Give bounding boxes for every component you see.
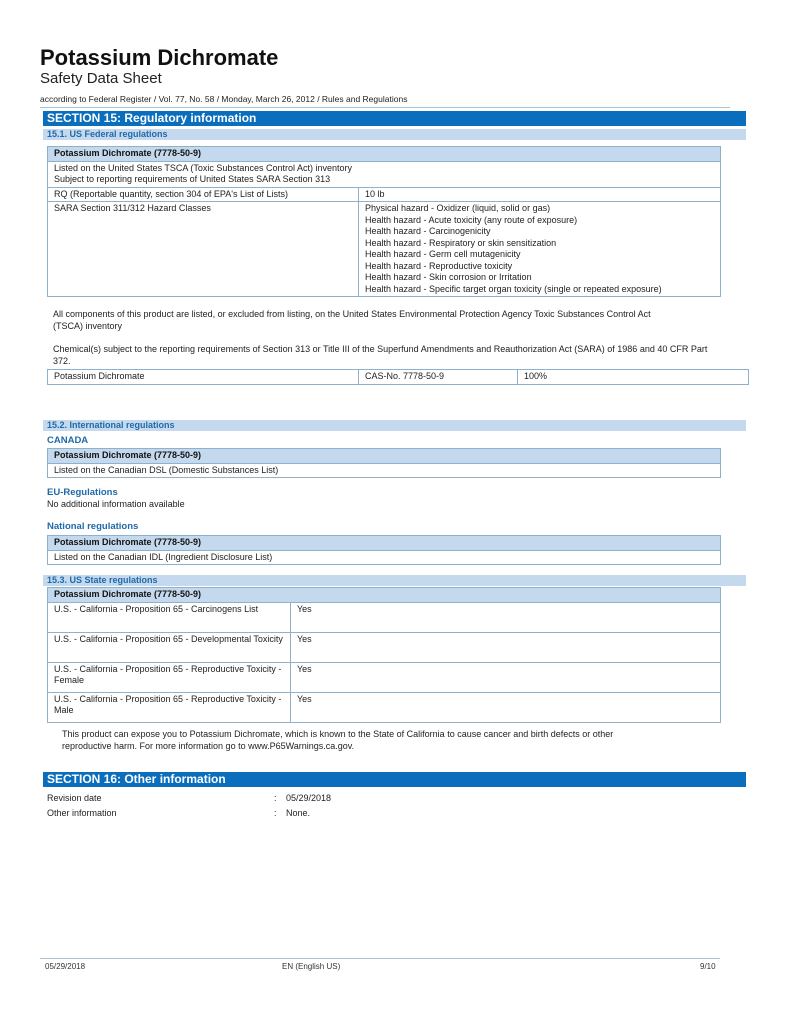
document-subtitle: Safety Data Sheet <box>40 70 162 87</box>
subsection-15-1-header: 15.1. US Federal regulations <box>43 129 746 140</box>
regulation-reference: according to Federal Register / Vol. 77,… <box>40 94 407 104</box>
hazard-class: Health hazard - Respiratory or skin sens… <box>365 238 714 250</box>
state-row-value: Yes <box>291 662 721 692</box>
revision-date-value: 05/29/2018 <box>286 793 331 805</box>
listing-line: Listed on the United States TSCA (Toxic … <box>54 163 714 175</box>
listing-cell: Listed on the United States TSCA (Toxic … <box>48 161 721 187</box>
sara-label: SARA Section 311/312 Hazard Classes <box>48 202 359 297</box>
state-regulations-table: Potassium Dichromate (7778-50-9) U.S. - … <box>47 587 721 723</box>
table-header: Potassium Dichromate (7778-50-9) <box>48 147 721 162</box>
state-row-value: Yes <box>291 632 721 662</box>
section-15-header: SECTION 15: Regulatory information <box>43 111 746 126</box>
prop65-warning: This product can expose you to Potassium… <box>62 729 632 752</box>
other-information-label: Other information <box>47 808 117 820</box>
state-row-label: U.S. - California - Proposition 65 - Rep… <box>48 662 291 692</box>
section-16-header: SECTION 16: Other information <box>43 772 746 787</box>
state-row-label: U.S. - California - Proposition 65 - Rep… <box>48 692 291 722</box>
eu-regulations-label: EU-Regulations <box>47 487 118 498</box>
canada-table: Potassium Dichromate (7778-50-9) Listed … <box>47 448 721 478</box>
header-divider <box>40 107 730 108</box>
national-table: Potassium Dichromate (7778-50-9) Listed … <box>47 535 721 565</box>
state-row-label: U.S. - California - Proposition 65 - Dev… <box>48 632 291 662</box>
sara-note: Chemical(s) subject to the reporting req… <box>53 344 713 367</box>
rq-value: 10 lb <box>359 187 721 202</box>
footer-language: EN (English US) <box>282 962 340 971</box>
hazard-class: Health hazard - Skin corrosion or Irrita… <box>365 272 714 284</box>
footer-date: 05/29/2018 <box>45 962 85 971</box>
hazard-class: Health hazard - Reproductive toxicity <box>365 261 714 273</box>
other-information-value: None. <box>286 808 310 820</box>
hazard-class: Health hazard - Acute toxicity (any rout… <box>365 215 714 227</box>
subsection-15-3-header: 15.3. US State regulations <box>43 575 746 586</box>
state-row-value: Yes <box>291 602 721 632</box>
revision-date-label: Revision date <box>47 793 102 805</box>
hazard-class: Health hazard - Germ cell mutagenicity <box>365 249 714 261</box>
canada-label: CANADA <box>47 435 88 446</box>
hazard-class: Health hazard - Carcinogenicity <box>365 226 714 238</box>
chemical-name: Potassium Dichromate <box>48 370 359 385</box>
hazard-class: Health hazard - Specific target organ to… <box>365 284 714 296</box>
national-value: Listed on the Canadian IDL (Ingredient D… <box>48 550 721 565</box>
document-title: Potassium Dichromate <box>40 45 278 71</box>
federal-regulations-table: Potassium Dichromate (7778-50-9) Listed … <box>47 146 721 297</box>
listing-line: Subject to reporting requirements of Uni… <box>54 174 714 186</box>
rq-label: RQ (Reportable quantity, section 304 of … <box>48 187 359 202</box>
separator: : <box>274 808 277 820</box>
canada-value: Listed on the Canadian DSL (Domestic Sub… <box>48 463 721 478</box>
tsca-note: All components of this product are liste… <box>53 309 673 332</box>
state-row-value: Yes <box>291 692 721 722</box>
footer-divider <box>40 958 720 959</box>
sara-classes: Physical hazard - Oxidizer (liquid, soli… <box>359 202 721 297</box>
footer-page-number: 9/10 <box>700 962 716 971</box>
table-header: Potassium Dichromate (7778-50-9) <box>48 588 721 603</box>
state-row-label: U.S. - California - Proposition 65 - Car… <box>48 602 291 632</box>
hazard-class: Physical hazard - Oxidizer (liquid, soli… <box>365 203 714 215</box>
sara-chemical-table: Potassium Dichromate CAS-No. 7778-50-9 1… <box>47 369 749 385</box>
table-header: Potassium Dichromate (7778-50-9) <box>48 536 721 551</box>
separator: : <box>274 793 277 805</box>
eu-regulations-value: No additional information available <box>47 499 185 511</box>
percent: 100% <box>518 370 749 385</box>
table-header: Potassium Dichromate (7778-50-9) <box>48 449 721 464</box>
national-regulations-label: National regulations <box>47 521 138 532</box>
subsection-15-2-header: 15.2. International regulations <box>43 420 746 431</box>
cas-number: CAS-No. 7778-50-9 <box>359 370 518 385</box>
